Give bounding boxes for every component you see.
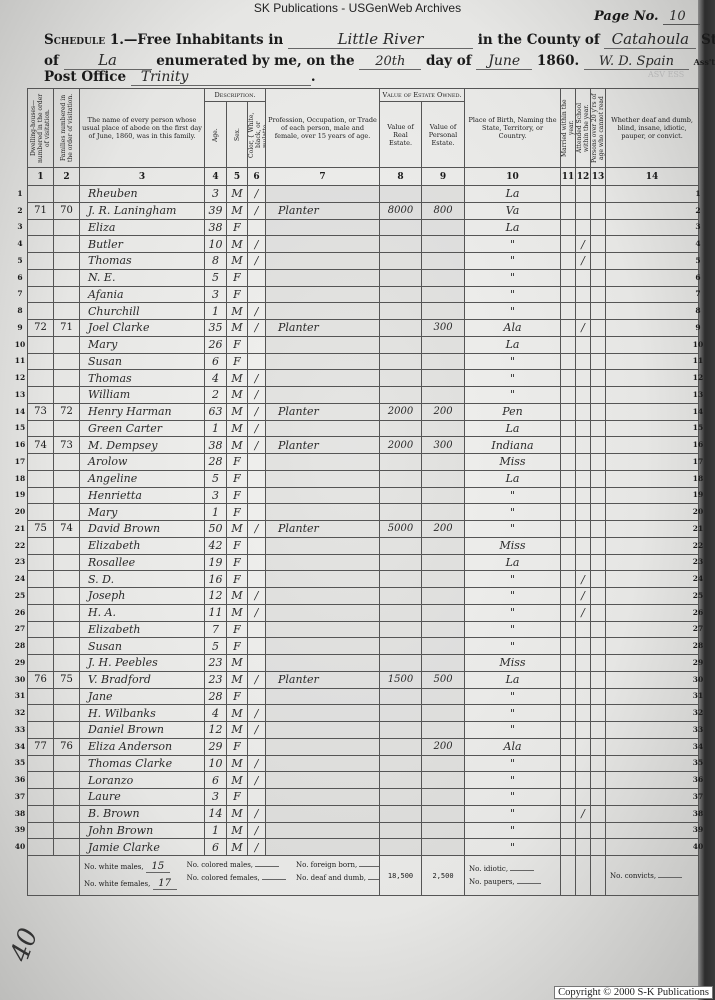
cell-dwelling (28, 839, 54, 856)
cell-family (54, 420, 80, 437)
cell-age: 1 (205, 420, 227, 437)
cell-name: Angeline (80, 470, 205, 487)
cell-empty (606, 772, 699, 789)
line-number: 8 (12, 306, 28, 315)
cell-dwelling (28, 470, 54, 487)
cell-empty (591, 789, 606, 806)
cell-real-estate (380, 738, 422, 755)
cell-color (248, 454, 266, 471)
cell-sex: F (227, 504, 248, 521)
cell-birthplace: " (465, 303, 561, 320)
cell-occupation (266, 353, 380, 370)
cell-age: 7 (205, 621, 227, 638)
cell-school: / (576, 320, 591, 337)
table-row: J. H. Peebles23MMiss (28, 655, 699, 672)
cell-age: 5 (205, 269, 227, 286)
cell-school (576, 554, 591, 571)
cell-age: 4 (205, 370, 227, 387)
cell-occupation (266, 571, 380, 588)
state-label: State (701, 32, 715, 48)
cell-family: 71 (54, 320, 80, 337)
cell-real-estate (380, 688, 422, 705)
state-name: La (64, 51, 152, 70)
table-row: Susan5F" (28, 638, 699, 655)
cell-dwelling (28, 186, 54, 203)
table-row: Rosallee19FLa (28, 554, 699, 571)
cell-sex: M (227, 588, 248, 605)
cell-color (248, 336, 266, 353)
cell-personal-estate: 200 (422, 521, 465, 538)
cell-empty (606, 738, 699, 755)
line-number: 27 (690, 624, 706, 633)
cell-occupation (266, 755, 380, 772)
cell-real-estate (380, 772, 422, 789)
cell-personal-estate (422, 789, 465, 806)
cell-personal-estate (422, 286, 465, 303)
cell-age: 1 (205, 504, 227, 521)
line-number: 22 (12, 541, 28, 550)
cell-empty (606, 822, 699, 839)
cell-occupation: Planter (266, 671, 380, 688)
cell-empty (606, 504, 699, 521)
cell-color: / (248, 370, 266, 387)
cell-family (54, 805, 80, 822)
cell-age: 10 (205, 236, 227, 253)
cell-family (54, 571, 80, 588)
cell-dwelling (28, 353, 54, 370)
cell-empty (561, 521, 576, 538)
enumeration-year: 1860. (537, 53, 579, 69)
cell-color (248, 621, 266, 638)
col-color-header: Color, { White, black, or mulatto. (248, 102, 266, 168)
cell-empty (606, 269, 699, 286)
cell-empty (561, 604, 576, 621)
cell-name: H. A. (80, 604, 205, 621)
cell-name: Joseph (80, 588, 205, 605)
cell-real-estate (380, 219, 422, 236)
cell-birthplace: " (465, 387, 561, 404)
cell-empty (561, 554, 576, 571)
cell-empty (606, 387, 699, 404)
cell-school (576, 403, 591, 420)
cell-personal-estate (422, 370, 465, 387)
cell-age: 3 (205, 487, 227, 504)
cell-empty (591, 839, 606, 856)
county-label: in the County of (478, 32, 600, 48)
cell-name: J. H. Peebles (80, 655, 205, 672)
totals-counts: No. white males, 15 No. white females, 1… (80, 856, 380, 896)
cell-empty (606, 202, 699, 219)
cell-empty (591, 269, 606, 286)
cell-birthplace: " (465, 504, 561, 521)
cell-color: / (248, 320, 266, 337)
cell-school: / (576, 588, 591, 605)
line-number: 36 (690, 775, 706, 784)
line-number: 2 (12, 206, 28, 215)
cell-family: 74 (54, 521, 80, 538)
cell-real-estate (380, 655, 422, 672)
line-number: 27 (12, 624, 28, 633)
cell-empty (561, 688, 576, 705)
cell-school (576, 487, 591, 504)
cell-personal-estate (422, 621, 465, 638)
line-number: 25 (12, 591, 28, 600)
line-number: 8 (690, 306, 706, 315)
line-number: 14 (690, 407, 706, 416)
line-number: 12 (690, 373, 706, 382)
cell-sex: F (227, 286, 248, 303)
line-number: 28 (12, 641, 28, 650)
cell-color: / (248, 755, 266, 772)
line-number: 20 (690, 507, 706, 516)
cell-birthplace: " (465, 688, 561, 705)
line-number: 37 (690, 792, 706, 801)
table-row: Afania3F" (28, 286, 699, 303)
cell-sex: M (227, 403, 248, 420)
line-number: 13 (690, 390, 706, 399)
cell-sex: M (227, 805, 248, 822)
line-number: 34 (690, 742, 706, 751)
line-number: 34 (12, 742, 28, 751)
cell-dwelling (28, 755, 54, 772)
cell-name: David Brown (80, 521, 205, 538)
table-row: John Brown1M/" (28, 822, 699, 839)
cell-personal-estate (422, 705, 465, 722)
cell-school (576, 655, 591, 672)
cell-family: 76 (54, 738, 80, 755)
cell-birthplace: " (465, 839, 561, 856)
cell-school (576, 219, 591, 236)
line-number: 30 (690, 675, 706, 684)
totals-convicts: No. convicts, (606, 856, 699, 896)
cell-occupation (266, 470, 380, 487)
cell-school (576, 454, 591, 471)
cell-birthplace: " (465, 286, 561, 303)
cell-age: 63 (205, 403, 227, 420)
cell-sex: M (227, 320, 248, 337)
cell-occupation (266, 772, 380, 789)
cell-name: Laure (80, 789, 205, 806)
cell-dwelling (28, 303, 54, 320)
cell-dwelling (28, 504, 54, 521)
cell-occupation (266, 487, 380, 504)
cell-empty (606, 186, 699, 203)
cell-age: 1 (205, 303, 227, 320)
totals-row: No. white males, 15 No. white females, 1… (28, 856, 699, 896)
header-line-1: Schedule 1.—Free Inhabitants in Little R… (44, 30, 715, 49)
cell-school (576, 705, 591, 722)
cell-real-estate (380, 186, 422, 203)
cell-color (248, 655, 266, 672)
cell-family (54, 454, 80, 471)
line-number: 26 (690, 608, 706, 617)
cell-empty (561, 789, 576, 806)
line-number: 35 (12, 758, 28, 767)
cell-real-estate (380, 470, 422, 487)
table-row: Angeline5FLa (28, 470, 699, 487)
cell-empty (606, 671, 699, 688)
table-row: Jane28F" (28, 688, 699, 705)
cell-empty (561, 621, 576, 638)
cell-real-estate (380, 236, 422, 253)
table-row: Thomas8M/"/ (28, 253, 699, 270)
cell-empty (561, 303, 576, 320)
cell-sex: M (227, 387, 248, 404)
cell-empty (561, 420, 576, 437)
line-number: 38 (12, 809, 28, 818)
cell-birthplace: " (465, 805, 561, 822)
cell-empty (561, 772, 576, 789)
cell-family (54, 269, 80, 286)
cell-personal-estate (422, 604, 465, 621)
cell-personal-estate (422, 722, 465, 739)
table-row: 7675V. Bradford23M/Planter1500500La (28, 671, 699, 688)
cell-occupation (266, 454, 380, 471)
cell-empty (591, 504, 606, 521)
cell-personal-estate (422, 504, 465, 521)
cell-real-estate (380, 286, 422, 303)
cell-color (248, 353, 266, 370)
line-number: 11 (12, 356, 28, 365)
line-number: 10 (690, 340, 706, 349)
line-number: 28 (690, 641, 706, 650)
cell-color: / (248, 604, 266, 621)
cell-empty (606, 722, 699, 739)
cell-dwelling (28, 454, 54, 471)
cell-age: 2 (205, 387, 227, 404)
cell-birthplace: " (465, 604, 561, 621)
cell-color: / (248, 437, 266, 454)
cell-name: Mary (80, 504, 205, 521)
cell-empty (606, 487, 699, 504)
cell-empty (606, 521, 699, 538)
cell-sex: F (227, 638, 248, 655)
header-line-3: Post Office Trinity. (44, 69, 316, 86)
cell-personal-estate (422, 822, 465, 839)
cell-empty (606, 420, 699, 437)
description-header: Description. (205, 89, 266, 102)
cell-family (54, 772, 80, 789)
census-table: Dwelling-houses—numbered in the order of… (27, 88, 699, 896)
cell-birthplace: La (465, 219, 561, 236)
cell-personal-estate (422, 219, 465, 236)
cell-school (576, 387, 591, 404)
line-number: 6 (690, 273, 706, 282)
cell-empty (606, 805, 699, 822)
cell-age: 26 (205, 336, 227, 353)
cell-name: Eliza Anderson (80, 738, 205, 755)
cell-empty (591, 253, 606, 270)
cell-name: H. Wilbanks (80, 705, 205, 722)
line-number: 9 (690, 323, 706, 332)
cell-name: Butler (80, 236, 205, 253)
cell-real-estate (380, 336, 422, 353)
cell-color (248, 269, 266, 286)
cell-school (576, 286, 591, 303)
cell-empty (561, 805, 576, 822)
line-number: 14 (12, 407, 28, 416)
cell-empty (561, 638, 576, 655)
cell-empty (561, 370, 576, 387)
line-number: 39 (690, 825, 706, 834)
cell-age: 3 (205, 186, 227, 203)
cell-personal-estate (422, 236, 465, 253)
cell-real-estate (380, 253, 422, 270)
cell-dwelling (28, 655, 54, 672)
table-row: N. E.5F" (28, 269, 699, 286)
cell-color: / (248, 186, 266, 203)
cell-sex: F (227, 269, 248, 286)
line-number: 18 (12, 474, 28, 483)
cell-empty (561, 387, 576, 404)
cell-family (54, 722, 80, 739)
cell-personal-estate (422, 387, 465, 404)
cell-empty (591, 186, 606, 203)
cell-empty (606, 604, 699, 621)
cell-empty (561, 336, 576, 353)
cell-family (54, 370, 80, 387)
cell-color: / (248, 772, 266, 789)
cell-family (54, 604, 80, 621)
page-number-value: 10 (663, 9, 700, 25)
cell-real-estate: 8000 (380, 202, 422, 219)
cell-occupation (266, 839, 380, 856)
cell-birthplace: " (465, 487, 561, 504)
estate-header: Value of Estate Owned. (380, 89, 465, 102)
cell-empty (606, 403, 699, 420)
table-row: Thomas4M/" (28, 370, 699, 387)
cell-family (54, 286, 80, 303)
cell-school: / (576, 604, 591, 621)
cell-name: Thomas (80, 370, 205, 387)
column-number-row: 1234567891011121314 (28, 168, 699, 186)
line-number: 23 (690, 557, 706, 566)
cell-real-estate (380, 454, 422, 471)
cell-personal-estate (422, 755, 465, 772)
cell-color (248, 219, 266, 236)
cell-dwelling (28, 253, 54, 270)
line-number: 5 (12, 256, 28, 265)
cell-empty (591, 638, 606, 655)
cell-family (54, 336, 80, 353)
cell-occupation (266, 537, 380, 554)
day-of-label: day of (426, 53, 472, 69)
cell-empty (606, 755, 699, 772)
cell-real-estate (380, 487, 422, 504)
cell-color: / (248, 420, 266, 437)
cell-sex: M (227, 755, 248, 772)
cell-empty (561, 738, 576, 755)
cell-sex: F (227, 454, 248, 471)
cell-real-estate (380, 604, 422, 621)
line-number: 32 (690, 708, 706, 717)
cell-sex: F (227, 554, 248, 571)
col-occupation-header: Profession, Occupation, or Trade of each… (266, 89, 380, 168)
white-females-count: 17 (153, 878, 177, 890)
marshal-signature: W. D. Spain (584, 54, 689, 70)
line-number: 17 (12, 457, 28, 466)
cell-age: 28 (205, 688, 227, 705)
cell-dwelling (28, 219, 54, 236)
cell-empty (591, 588, 606, 605)
cell-empty (591, 420, 606, 437)
cell-name: Elizabeth (80, 537, 205, 554)
cell-occupation (266, 822, 380, 839)
cell-empty (591, 671, 606, 688)
column-number: 7 (266, 168, 380, 186)
cell-sex: M (227, 521, 248, 538)
cell-occupation (266, 705, 380, 722)
cell-family (54, 705, 80, 722)
line-number: 37 (12, 792, 28, 801)
cell-dwelling (28, 705, 54, 722)
cell-real-estate (380, 370, 422, 387)
line-number: 25 (690, 591, 706, 600)
column-number: 2 (54, 168, 80, 186)
table-row: B. Brown14M/"/ (28, 805, 699, 822)
cell-family (54, 655, 80, 672)
cell-family (54, 554, 80, 571)
cell-personal-estate: 200 (422, 738, 465, 755)
page-number: Page No. 10 (594, 9, 700, 24)
cell-real-estate (380, 303, 422, 320)
cell-name: Jamie Clarke (80, 839, 205, 856)
cell-empty (606, 336, 699, 353)
cell-name: William (80, 387, 205, 404)
column-number: 9 (422, 168, 465, 186)
cell-personal-estate (422, 303, 465, 320)
cell-sex: F (227, 219, 248, 236)
cell-real-estate (380, 353, 422, 370)
cell-age: 3 (205, 286, 227, 303)
cell-dwelling (28, 805, 54, 822)
cell-occupation (266, 387, 380, 404)
cell-dwelling (28, 822, 54, 839)
line-number: 12 (12, 373, 28, 382)
cell-personal-estate (422, 554, 465, 571)
cell-birthplace: " (465, 722, 561, 739)
cell-dwelling: 73 (28, 403, 54, 420)
cell-empty (591, 353, 606, 370)
cell-sex: F (227, 738, 248, 755)
cell-age: 39 (205, 202, 227, 219)
cell-empty (606, 839, 699, 856)
cell-sex: M (227, 186, 248, 203)
cell-name: Mary (80, 336, 205, 353)
cell-sex: M (227, 655, 248, 672)
cell-dwelling: 74 (28, 437, 54, 454)
cell-age: 6 (205, 353, 227, 370)
cell-color (248, 571, 266, 588)
cell-age: 5 (205, 638, 227, 655)
white-males-count: 15 (146, 861, 170, 873)
cell-dwelling (28, 286, 54, 303)
header-line-2: of La enumerated by me, on the 20th day … (44, 51, 715, 70)
cell-occupation (266, 336, 380, 353)
line-number: 40 (690, 842, 706, 851)
cell-sex: M (227, 236, 248, 253)
line-number: 23 (12, 557, 28, 566)
cell-occupation (266, 269, 380, 286)
cell-birthplace: Miss (465, 454, 561, 471)
cell-real-estate (380, 722, 422, 739)
cell-birthplace: " (465, 370, 561, 387)
col-personal-estate-header: Value of Personal Estate. (422, 102, 465, 168)
cell-empty (591, 554, 606, 571)
cell-age: 23 (205, 655, 227, 672)
line-number: 26 (12, 608, 28, 617)
cell-empty (561, 839, 576, 856)
